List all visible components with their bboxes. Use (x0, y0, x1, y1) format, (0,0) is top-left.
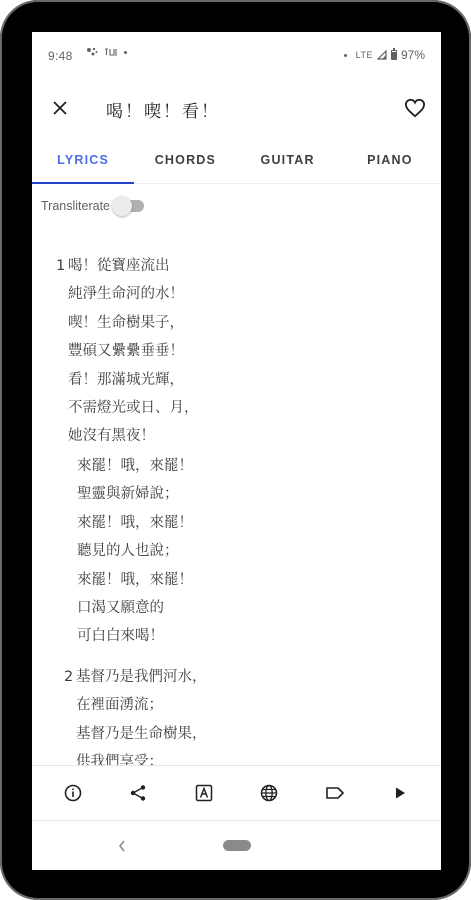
language-button[interactable] (253, 777, 285, 809)
info-button[interactable] (57, 777, 89, 809)
label-icon (325, 785, 345, 801)
nav-home-pill[interactable] (223, 840, 251, 851)
language-icon (260, 784, 278, 802)
dot-icon (124, 51, 127, 54)
status-right: LTE 97% (344, 48, 425, 62)
lyric-line: 在裡面湧流； (64, 691, 207, 719)
font-size-icon (195, 784, 213, 802)
play-button[interactable] (384, 777, 416, 809)
phone-frame: 9:48 LTE 97% 喝！喫！看！ (0, 0, 471, 900)
notification-icon (104, 47, 118, 57)
lyric-line: 2基督乃是我們河水， (64, 663, 207, 691)
transliterate-label: Transliterate (41, 199, 110, 213)
font-size-button[interactable] (188, 777, 220, 809)
dot-icon (344, 54, 347, 57)
lyric-line: 1喝！從寶座流出 (56, 252, 199, 280)
lyric-line: 來罷！哦，來罷！ (77, 509, 193, 537)
nav-back-button[interactable] (114, 836, 130, 856)
lyric-line: 來罷！哦，來罷！ (77, 566, 193, 594)
toggle-thumb (112, 196, 132, 216)
lyric-line: 看！那滿城光輝， (56, 366, 199, 394)
verse-number: 1 (56, 252, 68, 280)
tab-piano[interactable]: PIANO (339, 136, 441, 183)
screen: 9:48 LTE 97% 喝！喫！看！ (32, 32, 441, 870)
share-button[interactable] (122, 777, 154, 809)
lyric-line: 來罷！哦，來罷！ (77, 452, 193, 480)
tab-bar: LYRICS CHORDS GUITAR PIANO (32, 136, 441, 184)
battery-level: 97% (401, 48, 425, 62)
lyric-line: 她沒有黑夜！ (56, 422, 199, 450)
lyric-line: 口渴又願意的 (77, 594, 193, 622)
play-icon (393, 786, 407, 800)
song-title: 喝！喫！看！ (106, 97, 220, 122)
lyric-line: 純淨生命河的水！ (56, 280, 199, 308)
chorus: 來罷！哦，來罷！ 聖靈與新婦說； 來罷！哦，來罷！ 聽見的人也說； 來罷！哦，來… (77, 452, 193, 651)
signal-icon (377, 50, 387, 60)
lyric-line: 不需燈光或日、月， (56, 394, 199, 422)
tab-lyrics[interactable]: LYRICS (32, 136, 134, 183)
close-icon (52, 100, 68, 116)
status-left-icons (86, 47, 127, 57)
verse-2: 2基督乃是我們河水， 在裡面湧流； 基督乃是生命樹果， 供我們享受； (64, 663, 207, 765)
system-nav-bar (32, 822, 441, 870)
lyric-line: 喫！生命樹果子， (56, 309, 199, 337)
tab-chords[interactable]: CHORDS (134, 136, 236, 183)
verse-1: 1喝！從寶座流出 純淨生命河的水！ 喫！生命樹果子， 豐碩又纍纍垂垂！ 看！那滿… (56, 252, 199, 451)
lyric-line: 豐碩又纍纍垂垂！ (56, 337, 199, 365)
lyric-line: 聖靈與新婦說； (77, 480, 193, 508)
battery-icon (391, 50, 397, 60)
heart-outline-icon (404, 98, 426, 118)
lyric-line: 可白白來喝！ (77, 622, 193, 650)
transliterate-toggle[interactable] (112, 196, 146, 216)
status-time: 9:48 (48, 49, 73, 63)
status-bar: 9:48 LTE 97% (32, 32, 441, 80)
share-icon (129, 784, 147, 802)
close-button[interactable] (46, 94, 74, 122)
lyric-line: 基督乃是生命樹果， (64, 720, 207, 748)
network-type: LTE (356, 50, 373, 60)
lyric-line: 聽見的人也說； (77, 537, 193, 565)
lyric-line: 供我們享受； (64, 748, 207, 765)
tab-guitar[interactable]: GUITAR (237, 136, 339, 183)
assistant-icon (86, 47, 98, 57)
favorite-button[interactable] (401, 94, 429, 122)
transliterate-row: Transliterate (41, 196, 146, 216)
info-icon (64, 784, 82, 802)
lyrics-content: 1喝！從寶座流出 純淨生命河的水！ 喫！生命樹果子， 豐碩又纍纍垂垂！ 看！那滿… (32, 252, 441, 765)
label-button[interactable] (319, 777, 351, 809)
verse-number: 2 (64, 663, 76, 691)
app-bar: 喝！喫！看！ (32, 80, 441, 136)
back-chevron-icon (114, 836, 130, 856)
bottom-toolbar (32, 765, 441, 821)
